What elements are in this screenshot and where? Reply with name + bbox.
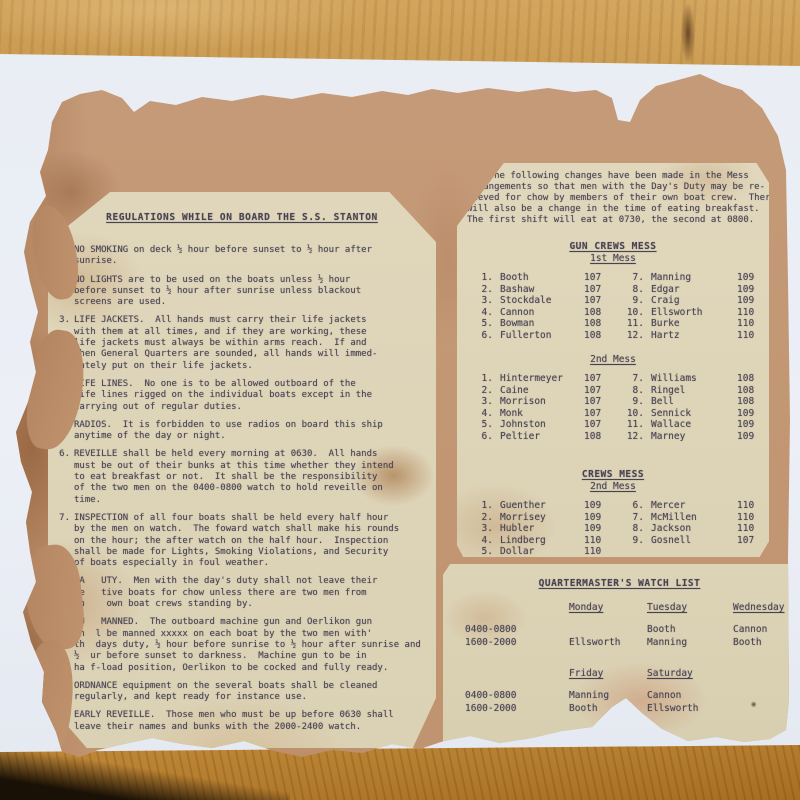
mess-row: 1.Hintermeyer1077.Williams108 — [457, 373, 769, 385]
roster-name: Fullerton — [500, 330, 584, 342]
mess-row: 4.Monk10710.Sennick109 — [457, 408, 769, 420]
mess-entry: 12.Hartz110 — [620, 330, 773, 342]
mess-entry: 10.Sennick109 — [620, 408, 773, 420]
roster-number: 4. — [469, 307, 493, 319]
mess-entry: 1.Hintermeyer107 — [469, 373, 620, 385]
roster-number: 9. — [620, 396, 644, 408]
roster-number: 6. — [469, 431, 493, 443]
roster-room: 107 — [584, 284, 620, 296]
mess-entry: 7.Williams108 — [620, 373, 773, 385]
roster-name: Mercer — [651, 500, 737, 512]
roster-name: Ringel — [651, 385, 737, 397]
watch-day: Tuesday — [647, 601, 733, 614]
watch-day: Friday — [569, 667, 647, 680]
regulation-item: 9.GU MANNED. The outboard machine gun an… — [48, 617, 436, 673]
regulation-text: ORDNANCE equipment on the several boats … — [74, 681, 377, 704]
mess-row: 5.Johnston10711.Wallace109 — [457, 419, 769, 431]
roster-number: 12. — [620, 330, 644, 342]
aged-scrapbook-page: REGULATIONS WHILE ON BOARD THE S.S. STAN… — [0, 0, 800, 800]
gun-crews-mess-title: GUN CREWS MESS — [457, 241, 769, 252]
mess-row: 2.Caine1078.Ringel108 — [457, 385, 769, 397]
watch-time-spacer — [465, 601, 569, 614]
mess-row: 5.Bowman10811.Burke110 — [457, 318, 769, 330]
regulation-item: 3.LIFE JACKETS. All hands must carry the… — [48, 315, 436, 371]
mess-entry: 7.Manning109 — [620, 272, 773, 284]
mess-row: 4.Cannon10810.Ellsworth110 — [457, 307, 769, 319]
regulation-text: NO SMOKING on deck ½ hour before sunset … — [74, 245, 372, 268]
roster-name: Cannon — [500, 307, 584, 319]
roster-number: 12. — [620, 431, 644, 443]
roster-room: 109 — [737, 284, 773, 296]
watch-name: Booth — [647, 623, 733, 636]
mess-entry: 5.Bowman108 — [469, 318, 620, 330]
watch-list-title: QUARTERMASTER'S WATCH LIST — [443, 578, 796, 589]
watch-time: 1600-2000 — [465, 636, 569, 649]
mess-list-sheet: The following changes have been made in … — [457, 163, 769, 557]
roster-number: 10. — [620, 408, 644, 420]
watch-name: Manning — [647, 636, 733, 649]
regulation-item: 1.NO SMOKING on deck ½ hour before sunse… — [48, 245, 436, 268]
regulation-text: GU MANNED. The outboard machine gun and … — [74, 617, 421, 673]
roster-number: 11. — [620, 419, 644, 431]
mess-row: 4.Lindberg1109.Gosnell107 — [457, 535, 769, 547]
mess-entry: 6.Mercer110 — [620, 500, 773, 512]
mess-entry: 4.Lindberg110 — [469, 535, 620, 547]
watch-time-spacer — [465, 667, 569, 680]
roster-name: Hintermeyer — [500, 373, 584, 385]
roster-number: 2. — [469, 284, 493, 296]
regulation-text: LIFE JACKETS. All hands must carry their… — [74, 315, 377, 371]
roster-name: Morrison — [500, 396, 584, 408]
mess-row: 1.Booth1077.Manning109 — [457, 272, 769, 284]
roster-room: 108 — [737, 385, 773, 397]
roster-number: 5. — [469, 546, 493, 558]
crews-second-mess-label: 2nd Mess — [457, 481, 769, 492]
roster-room: 110 — [737, 523, 773, 535]
watch-week-1: MondayTuesdayWednesday0400-0800BoothCann… — [443, 601, 796, 649]
roster-number: 2. — [469, 512, 493, 524]
first-mess-roster: 1.Booth1077.Manning1092.Bashaw1078.Edgar… — [457, 272, 769, 341]
mess-row: 3.Morrison1079.Bell108 — [457, 396, 769, 408]
roster-name: Bashaw — [500, 284, 584, 296]
regulation-text: NO LIGHTS are to be used on the boats un… — [74, 275, 361, 309]
watch-day: Monday — [569, 601, 647, 614]
roster-room: 108 — [584, 318, 620, 330]
roster-name: Wallace — [651, 419, 737, 431]
roster-room: 108 — [584, 431, 620, 443]
mess-entry — [621, 546, 769, 558]
watch-day-headers: MondayTuesdayWednesday — [443, 601, 796, 614]
mess-entry: 1.Booth107 — [469, 272, 620, 284]
mess-entry: 5.Johnston107 — [469, 419, 620, 431]
roster-room: 110 — [737, 330, 773, 342]
watch-name — [569, 623, 647, 636]
watch-row: 0400-0800ManningCannon — [443, 689, 796, 702]
roster-name: Caine — [500, 385, 584, 397]
roster-number: 5. — [469, 318, 493, 330]
roster-name: Hartz — [651, 330, 737, 342]
mess-entry: 2.Bashaw107 — [469, 284, 620, 296]
roster-number: 4. — [469, 408, 493, 420]
roster-name: Manning — [651, 272, 737, 284]
torn-paper-edge — [27, 202, 83, 302]
roster-name: Ellsworth — [651, 307, 737, 319]
watch-row: 0400-0800BoothCannon — [443, 623, 796, 636]
roster-name: Stockdale — [500, 295, 584, 307]
roster-name: Jackson — [651, 523, 737, 535]
mess-entry: 2.Morrisey109 — [469, 512, 620, 524]
roster-room: 108 — [737, 396, 773, 408]
mess-row: 1.Guenther1096.Mercer110 — [457, 500, 769, 512]
mess-row: 6.Fullerton10812.Hartz110 — [457, 330, 769, 342]
regulation-text: INSPECTION of all four boats shall be he… — [74, 513, 399, 569]
second-mess-label: 2nd Mess — [457, 354, 769, 365]
regulations-sheet: REGULATIONS WHILE ON BOARD THE S.S. STAN… — [48, 192, 436, 748]
mess-row: 3.Hubler1098.Jackson110 — [457, 523, 769, 535]
mess-entry: 3.Hubler109 — [469, 523, 620, 535]
roster-number: 11. — [620, 318, 644, 330]
roster-number: 5. — [469, 419, 493, 431]
roster-number: 8. — [620, 385, 644, 397]
crews-mess-roster: 1.Guenther1096.Mercer1102.Morrisey1097.M… — [457, 500, 769, 558]
regulation-item: 8.DA UTY. Men with the day's duty shall … — [48, 576, 436, 610]
regulations-list: 1.NO SMOKING on deck ½ hour before sunse… — [48, 245, 436, 733]
mess-entry: 8.Ringel108 — [620, 385, 773, 397]
roster-name: Bowman — [500, 318, 584, 330]
mess-row: 5.Dollar110 — [457, 546, 769, 558]
roster-number: 10. — [620, 307, 644, 319]
regulations-title: REGULATIONS WHILE ON BOARD THE S.S. STAN… — [48, 212, 436, 223]
mess-entry: 9.Craig109 — [620, 295, 773, 307]
mess-row: 2.Morrisey1097.McMillen110 — [457, 512, 769, 524]
roster-name: Lindberg — [500, 535, 584, 547]
regulation-text: EARLY REVEILLE. Those men who must be up… — [74, 710, 394, 733]
mess-entry: 2.Caine107 — [469, 385, 620, 397]
watch-name: Cannon — [647, 689, 733, 702]
mess-entry: 8.Edgar109 — [620, 284, 773, 296]
regulation-item: 2.NO LIGHTS are to be used on the boats … — [48, 275, 436, 309]
roster-room: 110 — [584, 535, 620, 547]
watch-time: 0400-0800 — [465, 623, 569, 636]
roster-room: 109 — [737, 272, 773, 284]
roster-name: Johnston — [500, 419, 584, 431]
roster-room: 109 — [737, 295, 773, 307]
roster-room: 109 — [737, 431, 773, 443]
watch-name: Manning — [569, 689, 647, 702]
roster-name: Gosnell — [651, 535, 737, 547]
regulation-number: 6. — [48, 449, 70, 505]
watch-row: 1600-2000EllsworthManningBooth — [443, 636, 796, 649]
mess-entry: 6.Peltier108 — [469, 431, 620, 443]
roster-number: 1. — [469, 373, 493, 385]
roster-room: 107 — [584, 295, 620, 307]
second-mess-roster: 1.Hintermeyer1077.Williams1082.Caine1078… — [457, 373, 769, 442]
mess-entry: 11.Wallace109 — [620, 419, 773, 431]
roster-number: 7. — [620, 512, 644, 524]
roster-name: Edgar — [651, 284, 737, 296]
mess-entry: 4.Monk107 — [469, 408, 620, 420]
roster-name: Booth — [500, 272, 584, 284]
roster-name: Craig — [651, 295, 737, 307]
roster-name: Guenther — [500, 500, 584, 512]
watch-time: 1600-2000 — [465, 702, 569, 715]
roster-room: 110 — [737, 307, 773, 319]
mess-row: 6.Peltier10812.Marney109 — [457, 431, 769, 443]
roster-name: Williams — [651, 373, 737, 385]
roster-number: 1. — [469, 272, 493, 284]
crews-mess-title: CREWS MESS — [457, 469, 769, 480]
roster-number: 4. — [469, 535, 493, 547]
roster-number: 6. — [620, 500, 644, 512]
roster-number: 3. — [469, 295, 493, 307]
mess-entry: 1.Guenther109 — [469, 500, 620, 512]
roster-number: 8. — [620, 523, 644, 535]
roster-room: 108 — [584, 307, 620, 319]
roster-number: 2. — [469, 385, 493, 397]
watch-name: Ellsworth — [647, 702, 733, 715]
roster-room: 107 — [584, 396, 620, 408]
roster-number: 3. — [469, 523, 493, 535]
roster-number: 9. — [620, 295, 644, 307]
roster-number: 7. — [620, 373, 644, 385]
roster-name: Burke — [651, 318, 737, 330]
roster-room: 107 — [584, 408, 620, 420]
roster-number: 7. — [620, 272, 644, 284]
regulation-text: DA UTY. Men with the day's duty shall no… — [74, 576, 377, 610]
roster-room: 107 — [584, 419, 620, 431]
roster-name: Hubler — [500, 523, 584, 535]
roster-room: 107 — [584, 373, 620, 385]
roster-room: 108 — [737, 373, 773, 385]
watch-day: Saturday — [647, 667, 733, 680]
regulation-text: LIFE LINES. No one is to be allowed outb… — [74, 379, 372, 413]
regulation-item: 7.INSPECTION of all four boats shall be … — [48, 513, 436, 569]
roster-name: Monk — [500, 408, 584, 420]
roster-name: Dollar — [500, 546, 584, 558]
regulation-item: 4.LIFE LINES. No one is to be allowed ou… — [48, 379, 436, 413]
roster-name: Bell — [651, 396, 737, 408]
roster-room: 110 — [737, 318, 773, 330]
roster-room: 107 — [584, 385, 620, 397]
mess-row: 3.Stockdale1079.Craig109 — [457, 295, 769, 307]
roster-room: 107 — [737, 535, 773, 547]
mess-entry: 7.McMillen110 — [620, 512, 773, 524]
roster-room: 109 — [584, 500, 620, 512]
regulation-item: 6.REVEILLE shall be held every morning a… — [48, 449, 436, 505]
mess-entry: 8.Jackson110 — [620, 523, 773, 535]
mess-entry: 6.Fullerton108 — [469, 330, 620, 342]
roster-number: 8. — [620, 284, 644, 296]
mess-entry: 5.Dollar110 — [469, 546, 621, 558]
watch-name: Cannon — [733, 623, 796, 636]
watch-time: 0400-0800 — [465, 689, 569, 702]
roster-name: Sennick — [651, 408, 737, 420]
first-mess-label: 1st Mess — [457, 253, 769, 264]
mess-entry: 4.Cannon108 — [469, 307, 620, 319]
roster-name: Morrisey — [500, 512, 584, 524]
roster-room: 107 — [584, 272, 620, 284]
mess-entry: 9.Gosnell107 — [620, 535, 773, 547]
mess-entry: 9.Bell108 — [620, 396, 773, 408]
roster-room: 109 — [737, 408, 773, 420]
roster-number: 6. — [469, 330, 493, 342]
roster-room: 109 — [737, 419, 773, 431]
roster-name: Marney — [651, 431, 737, 443]
roster-room: 109 — [584, 512, 620, 524]
mess-entry: 3.Morrison107 — [469, 396, 620, 408]
roster-number: 9. — [620, 535, 644, 547]
roster-number: 3. — [469, 396, 493, 408]
roster-room: 109 — [584, 523, 620, 535]
mess-entry: 3.Stockdale107 — [469, 295, 620, 307]
table-edge-shadow — [0, 752, 290, 800]
mess-row: 2.Bashaw1078.Edgar109 — [457, 284, 769, 296]
roster-room: 110 — [737, 512, 773, 524]
regulation-item: 1EARLY REVEILLE. Those men who must be u… — [48, 710, 436, 733]
mess-entry: 11.Burke110 — [620, 318, 773, 330]
roster-number: 1. — [469, 500, 493, 512]
roster-room: 108 — [584, 330, 620, 342]
mess-entry: 12.Marney109 — [620, 431, 773, 443]
roster-room: 110 — [584, 546, 620, 558]
mess-change-notice: The following changes have been made in … — [457, 171, 769, 226]
regulation-text: REVEILLE shall be held every morning at … — [74, 449, 394, 505]
regulation-item: 5.RADIOS. It is forbidden to use radios … — [48, 420, 436, 443]
watch-day-headers: FridaySaturday — [443, 667, 796, 680]
watch-name: Ellsworth — [569, 636, 647, 649]
regulation-text: RADIOS. It is forbidden to use radios on… — [74, 420, 383, 443]
roster-name: McMillen — [651, 512, 737, 524]
roster-name: Peltier — [500, 431, 584, 443]
watch-day: Wednesday — [733, 601, 796, 614]
watch-name: Booth — [733, 636, 796, 649]
roster-room: 110 — [737, 500, 773, 512]
mess-entry: 10.Ellsworth110 — [620, 307, 773, 319]
regulation-item: 10.ORDNANCE equipment on the several boa… — [48, 681, 436, 704]
